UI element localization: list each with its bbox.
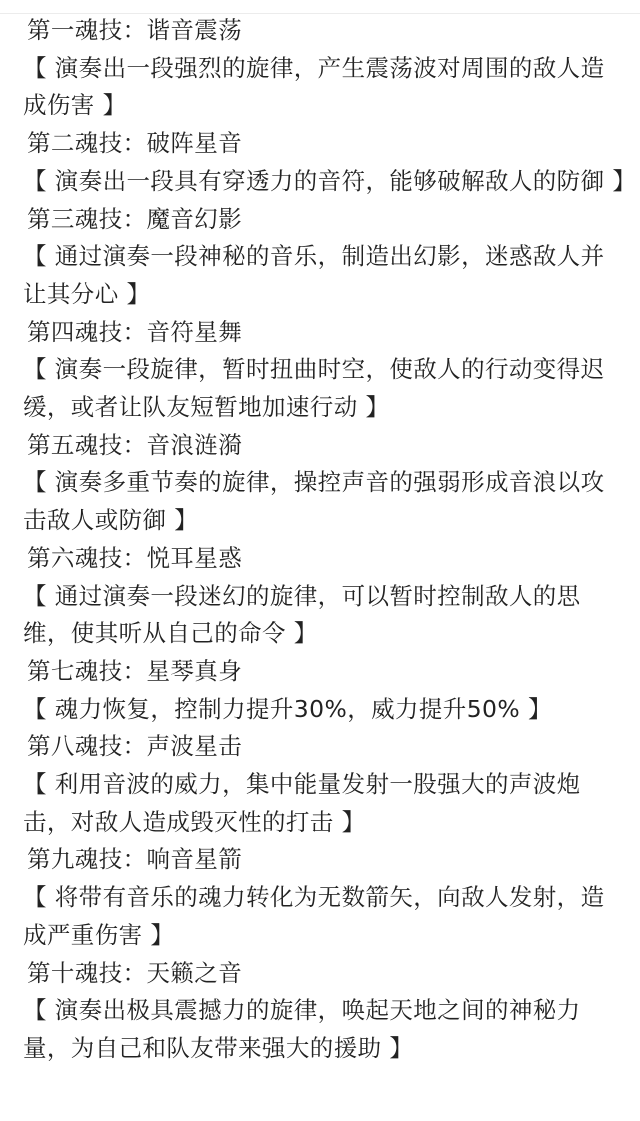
skill-entry-1: 第一魂技：谐音震荡 【 演奏出一段强烈的旋律，产生震荡波对周围的敌人造成伤害 】 <box>27 12 627 125</box>
skill-list: 第一魂技：谐音震荡 【 演奏出一段强烈的旋律，产生震荡波对周围的敌人造成伤害 】… <box>27 12 627 1068</box>
skill-title: 第七魂技：星琴真身 <box>27 653 627 691</box>
skill-entry-10: 第十魂技：天籁之音 【 演奏出极具震撼力的旋律，唤起天地之间的神秘力量，为自己和… <box>27 955 627 1068</box>
skill-entry-2: 第二魂技：破阵星音 【 演奏出一段具有穿透力的音符，能够破解敌人的防御 】 <box>27 125 627 200</box>
skill-entry-7: 第七魂技：星琴真身 【 魂力恢复，控制力提升30%，威力提升50% 】 <box>27 653 627 728</box>
skill-title: 第十魂技：天籁之音 <box>27 955 627 993</box>
skill-title: 第一魂技：谐音震荡 <box>27 12 627 50</box>
skill-title: 第八魂技：声波星击 <box>27 728 627 766</box>
skill-title: 第四魂技：音符星舞 <box>27 314 627 352</box>
skill-description: 【 通过演奏一段神秘的音乐，制造出幻影，迷惑敌人并让其分心 】 <box>23 238 627 313</box>
skill-title: 第九魂技：响音星箭 <box>27 841 627 879</box>
skill-entry-5: 第五魂技：音浪涟漪 【 演奏多重节奏的旋律，操控声音的强弱形成音浪以攻击敌人或防… <box>27 427 627 540</box>
skill-description: 【 演奏出极具震撼力的旋律，唤起天地之间的神秘力量，为自己和队友带来强大的援助 … <box>23 992 627 1067</box>
skill-description: 【 演奏多重节奏的旋律，操控声音的强弱形成音浪以攻击敌人或防御 】 <box>23 464 627 539</box>
skill-description: 【 利用音波的威力，集中能量发射一股强大的声波炮击，对敌人造成毁灭性的打击 】 <box>23 766 627 841</box>
skill-title: 第二魂技：破阵星音 <box>27 125 627 163</box>
skill-entry-3: 第三魂技：魔音幻影 【 通过演奏一段神秘的音乐，制造出幻影，迷惑敌人并让其分心 … <box>27 201 627 314</box>
skill-entry-4: 第四魂技：音符星舞 【 演奏一段旋律，暂时扭曲时空，使敌人的行动变得迟缓，或者让… <box>27 314 627 427</box>
skill-entry-9: 第九魂技：响音星箭 【 将带有音乐的魂力转化为无数箭矢，向敌人发射，造成严重伤害… <box>27 841 627 954</box>
skill-title: 第五魂技：音浪涟漪 <box>27 427 627 465</box>
skill-description: 【 将带有音乐的魂力转化为无数箭矢，向敌人发射，造成严重伤害 】 <box>23 879 627 954</box>
skill-description: 【 魂力恢复，控制力提升30%，威力提升50% 】 <box>23 691 627 729</box>
skill-description: 【 演奏一段旋律，暂时扭曲时空，使敌人的行动变得迟缓，或者让队友短暂地加速行动 … <box>23 351 627 426</box>
skill-entry-8: 第八魂技：声波星击 【 利用音波的威力，集中能量发射一股强大的声波炮击，对敌人造… <box>27 728 627 841</box>
skill-description: 【 演奏出一段具有穿透力的音符，能够破解敌人的防御 】 <box>23 163 627 201</box>
skill-title: 第三魂技：魔音幻影 <box>27 201 627 239</box>
skill-entry-6: 第六魂技：悦耳星惑 【 通过演奏一段迷幻的旋律，可以暂时控制敌人的思维，使其听从… <box>27 540 627 653</box>
skill-description: 【 演奏出一段强烈的旋律，产生震荡波对周围的敌人造成伤害 】 <box>23 50 627 125</box>
skill-description: 【 通过演奏一段迷幻的旋律，可以暂时控制敌人的思维，使其听从自己的命令 】 <box>23 578 627 653</box>
skill-title: 第六魂技：悦耳星惑 <box>27 540 627 578</box>
